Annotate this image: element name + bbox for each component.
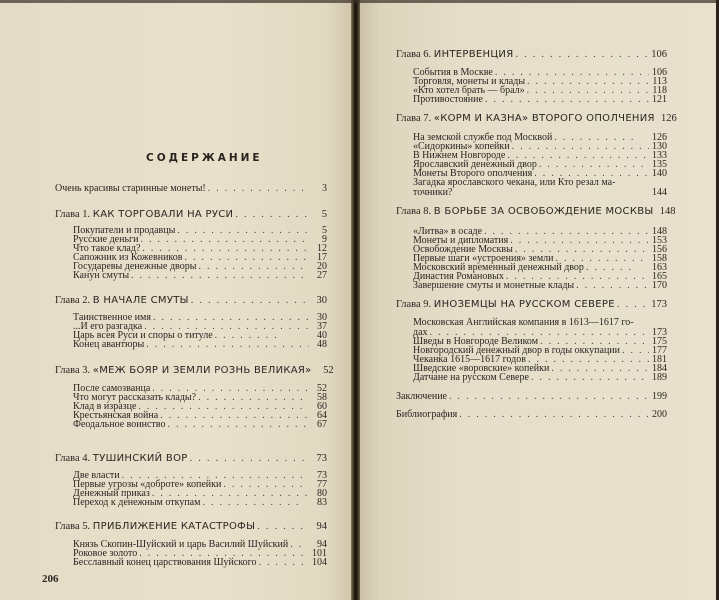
page-number: 206 bbox=[42, 573, 59, 585]
toc-title: СОДЕРЖАНИЕ bbox=[146, 152, 263, 164]
toc-chapter-3: Глава 3. «МЕЖ БОЯР И ЗЕМЛИ РОЗНЬ ВЕЛИКАЯ… bbox=[55, 366, 327, 376]
toc-section: Феодальное воинство.....................… bbox=[73, 420, 327, 430]
dot-leader: .......... bbox=[233, 210, 309, 220]
toc-conclusion: Заключение..............................… bbox=[396, 392, 667, 402]
toc-chapter-5: Глава 5. ПРИБЛИЖЕНИЕ КАТАСТРОФЫ.........… bbox=[55, 522, 327, 532]
toc-intro: Очень красивы старинные монеты!.........… bbox=[55, 184, 327, 194]
book-gutter bbox=[351, 0, 360, 600]
toc-chapter-7: Глава 7. «КОРМ И КАЗНА» ВТОРОГО ОПОЛЧЕНИ… bbox=[396, 114, 667, 124]
dot-leader: .......... bbox=[574, 281, 649, 291]
top-edge-shadow bbox=[0, 0, 719, 3]
dot-leader: ........................ bbox=[129, 271, 309, 281]
toc-section: точники? 144 bbox=[413, 188, 667, 198]
dot-leader: ...... bbox=[257, 558, 309, 568]
toc-section: Бесславный конец царствования Шуйского..… bbox=[73, 558, 327, 568]
toc-section-line1: Московская Английская компания в 1613—16… bbox=[413, 318, 634, 328]
toc-section: Переход к денежным откупам............83 bbox=[73, 498, 327, 508]
toc-chapter-4: Глава 4. ТУШИНСКИЙ ВОР..................… bbox=[55, 454, 327, 464]
dot-leader: ...... bbox=[615, 300, 649, 310]
toc-section: Канун смуты........................27 bbox=[73, 271, 327, 281]
dot-leader: ........................ bbox=[144, 340, 309, 350]
toc-bibliography: Библиография............................… bbox=[396, 410, 667, 420]
toc-chapter-8: Глава 8. В БОРЬБЕ ЗА ОСВОБОЖДЕНИЕ МОСКВЫ… bbox=[396, 207, 667, 217]
dot-leader: .................. bbox=[529, 373, 649, 383]
dot-leader: .......................... bbox=[483, 95, 649, 105]
dot-leader: .................... bbox=[188, 454, 309, 464]
toc-section: Датчане на русском Севере...............… bbox=[413, 373, 667, 383]
dot-leader: ........................ bbox=[165, 420, 309, 430]
toc-chapter-1: Глава 1. КАК ТОРГОВАЛИ НА РУСИ..........… bbox=[55, 210, 327, 220]
dot-leader: .......................... bbox=[206, 184, 309, 194]
toc-chapter-9: Глава 9. ИНОЗЕМЦЫ НА РУССКОМ СЕВЕРЕ.....… bbox=[396, 300, 667, 310]
toc-chapter-6: Глава 6. ИНТЕРВЕНЦИЯ....................… bbox=[396, 50, 667, 60]
dot-leader: .............................. bbox=[447, 392, 649, 402]
dot-leader: .................... bbox=[513, 50, 649, 60]
dot-leader: ............ bbox=[200, 498, 309, 508]
toc-section: Конец авантюры........................48 bbox=[73, 340, 327, 350]
dot-leader: .................... bbox=[189, 296, 309, 306]
dot-leader: .............................. bbox=[457, 410, 649, 420]
toc-section: Противостояние..........................… bbox=[413, 95, 667, 105]
toc-chapter-2: Глава 2. В НАЧАЛЕ СМУТЫ.................… bbox=[55, 296, 327, 306]
dot-leader: .......... bbox=[255, 522, 309, 532]
toc-section: Завершение смуты и монетные клады.......… bbox=[413, 281, 667, 291]
